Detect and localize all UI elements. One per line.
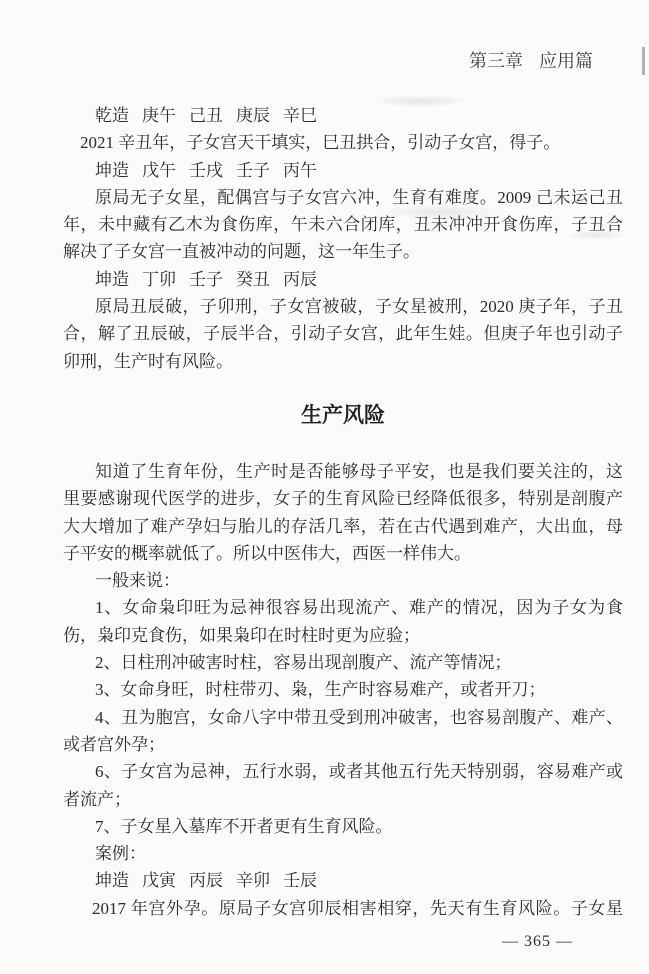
bazi-pillar-line: 乾造庚午己丑庚辰辛巳 bbox=[63, 102, 623, 129]
text-line: 年，未中藏有乙木为食伤库，午未六合闭库，丑未冲冲开食伤库，子丑合 bbox=[63, 211, 623, 238]
text-line: 者流产； bbox=[63, 786, 623, 813]
text-line: 合，解了丑辰破，子辰半合，引动子女宫，此年生娃。但庚子年也引动子 bbox=[63, 320, 623, 347]
text-line: 或者宫外孕； bbox=[63, 731, 623, 758]
section-label: 应用篇 bbox=[539, 51, 593, 71]
text-line: 4、丑为胞宫，女命八字中带丑受到刑冲破害，也容易剖腹产、难产、 bbox=[63, 704, 623, 731]
pillar-group: 辛巳 bbox=[283, 106, 317, 125]
chapter-label: 第三章 bbox=[469, 51, 523, 71]
body-text: 乾造庚午己丑庚辰辛巳2021 辛丑年，子女宫天干填实，巳丑拱合，引动子女宫，得子… bbox=[63, 102, 623, 922]
pillar-group: 癸丑 bbox=[236, 270, 270, 289]
pillar-group: 庚辰 bbox=[236, 106, 270, 125]
bazi-pillar-line: 坤造戊寅丙辰辛卯壬辰 bbox=[63, 867, 623, 894]
section-heading: 生产风险 bbox=[63, 399, 623, 433]
text-line: 一般来说： bbox=[63, 567, 623, 594]
pillar-group: 壬戌 bbox=[189, 161, 223, 180]
text-line: 6、子女宫为忌神，五行水弱，或者其他五行先天特别弱，容易难产或 bbox=[63, 758, 623, 785]
pillar-group: 丙辰 bbox=[189, 871, 223, 890]
text-line: 里要感谢现代医学的进步，女子的生育风险已经降低很多，特别是剖腹产 bbox=[63, 485, 623, 512]
pillar-group: 壬辰 bbox=[283, 871, 317, 890]
pillar-group: 坤造 bbox=[95, 871, 129, 890]
text-line: 2021 辛丑年，子女宫天干填实，巳丑拱合，引动子女宫，得子。 bbox=[63, 129, 623, 156]
pillar-group: 辛卯 bbox=[236, 871, 270, 890]
text-line: 2、日柱刑冲破害时柱，容易出现剖腹产、流产等情况； bbox=[63, 649, 623, 676]
pillar-group: 戊寅 bbox=[142, 871, 176, 890]
text-block-1: 乾造庚午己丑庚辰辛巳2021 辛丑年，子女宫天干填实，巳丑拱合，引动子女宫，得子… bbox=[63, 102, 623, 375]
bazi-pillar-line: 坤造丁卯壬子癸丑丙辰 bbox=[63, 266, 623, 293]
text-block-2: 知道了生育年份，生产时是否能够母子平安，也是我们要关注的，这里要感谢现代医学的进… bbox=[63, 458, 623, 922]
text-line: 1、女命枭印旺为忌神很容易出现流产、难产的情况，因为子女为食 bbox=[63, 594, 623, 621]
text-line: 知道了生育年份，生产时是否能够母子平安，也是我们要关注的，这 bbox=[63, 458, 623, 485]
pillar-group: 坤造 bbox=[95, 270, 129, 289]
text-line: 卯刑，生产时有风险。 bbox=[63, 348, 623, 375]
page-footer: — 365 — bbox=[502, 932, 573, 952]
text-line: 3、女命身旺，时柱带刃、枭，生产时容易难产，或者开刀； bbox=[63, 676, 623, 703]
pillar-group: 壬子 bbox=[236, 161, 270, 180]
text-line: 子平安的概率就低了。所以中医伟大，西医一样伟大。 bbox=[63, 540, 623, 567]
text-line: 解决了子女宫一直被冲动的问题，这一年生子。 bbox=[63, 238, 623, 265]
pillar-group: 丁卯 bbox=[142, 270, 176, 289]
text-line: 案例： bbox=[63, 840, 623, 867]
pillar-group: 壬子 bbox=[189, 270, 223, 289]
pillar-group: 己丑 bbox=[189, 106, 223, 125]
pillar-group: 丙辰 bbox=[283, 270, 317, 289]
text-line: 原局丑辰破，子卯刑，子女宫被破，子女星被刑，2020 庚子年，子丑 bbox=[63, 293, 623, 320]
pillar-group: 乾造 bbox=[95, 106, 129, 125]
text-line: 7、子女星入墓库不开者更有生育风险。 bbox=[63, 813, 623, 840]
text-line: 伤，枭印克食伤，如果枭印在时柱时更为应验； bbox=[63, 622, 623, 649]
pillar-group: 戊午 bbox=[142, 161, 176, 180]
bazi-pillar-line: 坤造戊午壬戌壬子丙午 bbox=[63, 157, 623, 184]
book-page: 第三章应用篇 乾造庚午己丑庚辰辛巳2021 辛丑年，子女宫天干填实，巳丑拱合，引… bbox=[0, 0, 649, 974]
text-line: 大大增加了难产孕妇与胎儿的存活几率，若在古代遇到难产，大出血，母 bbox=[63, 513, 623, 540]
pillar-group: 坤造 bbox=[95, 161, 129, 180]
page-number: — 365 — bbox=[502, 933, 573, 950]
page-header: 第三章应用篇 bbox=[469, 48, 593, 75]
pillar-group: 丙午 bbox=[283, 161, 317, 180]
text-line: 原局无子女星，配偶宫与子女宫六冲，生育有难度。2009 己未运己丑 bbox=[63, 184, 623, 211]
pillar-group: 庚午 bbox=[142, 106, 176, 125]
header-rule bbox=[642, 47, 645, 75]
text-line: 2017 年宫外孕。原局子女宫卯辰相害相穿，先天有生育风险。子女星 bbox=[63, 895, 623, 922]
